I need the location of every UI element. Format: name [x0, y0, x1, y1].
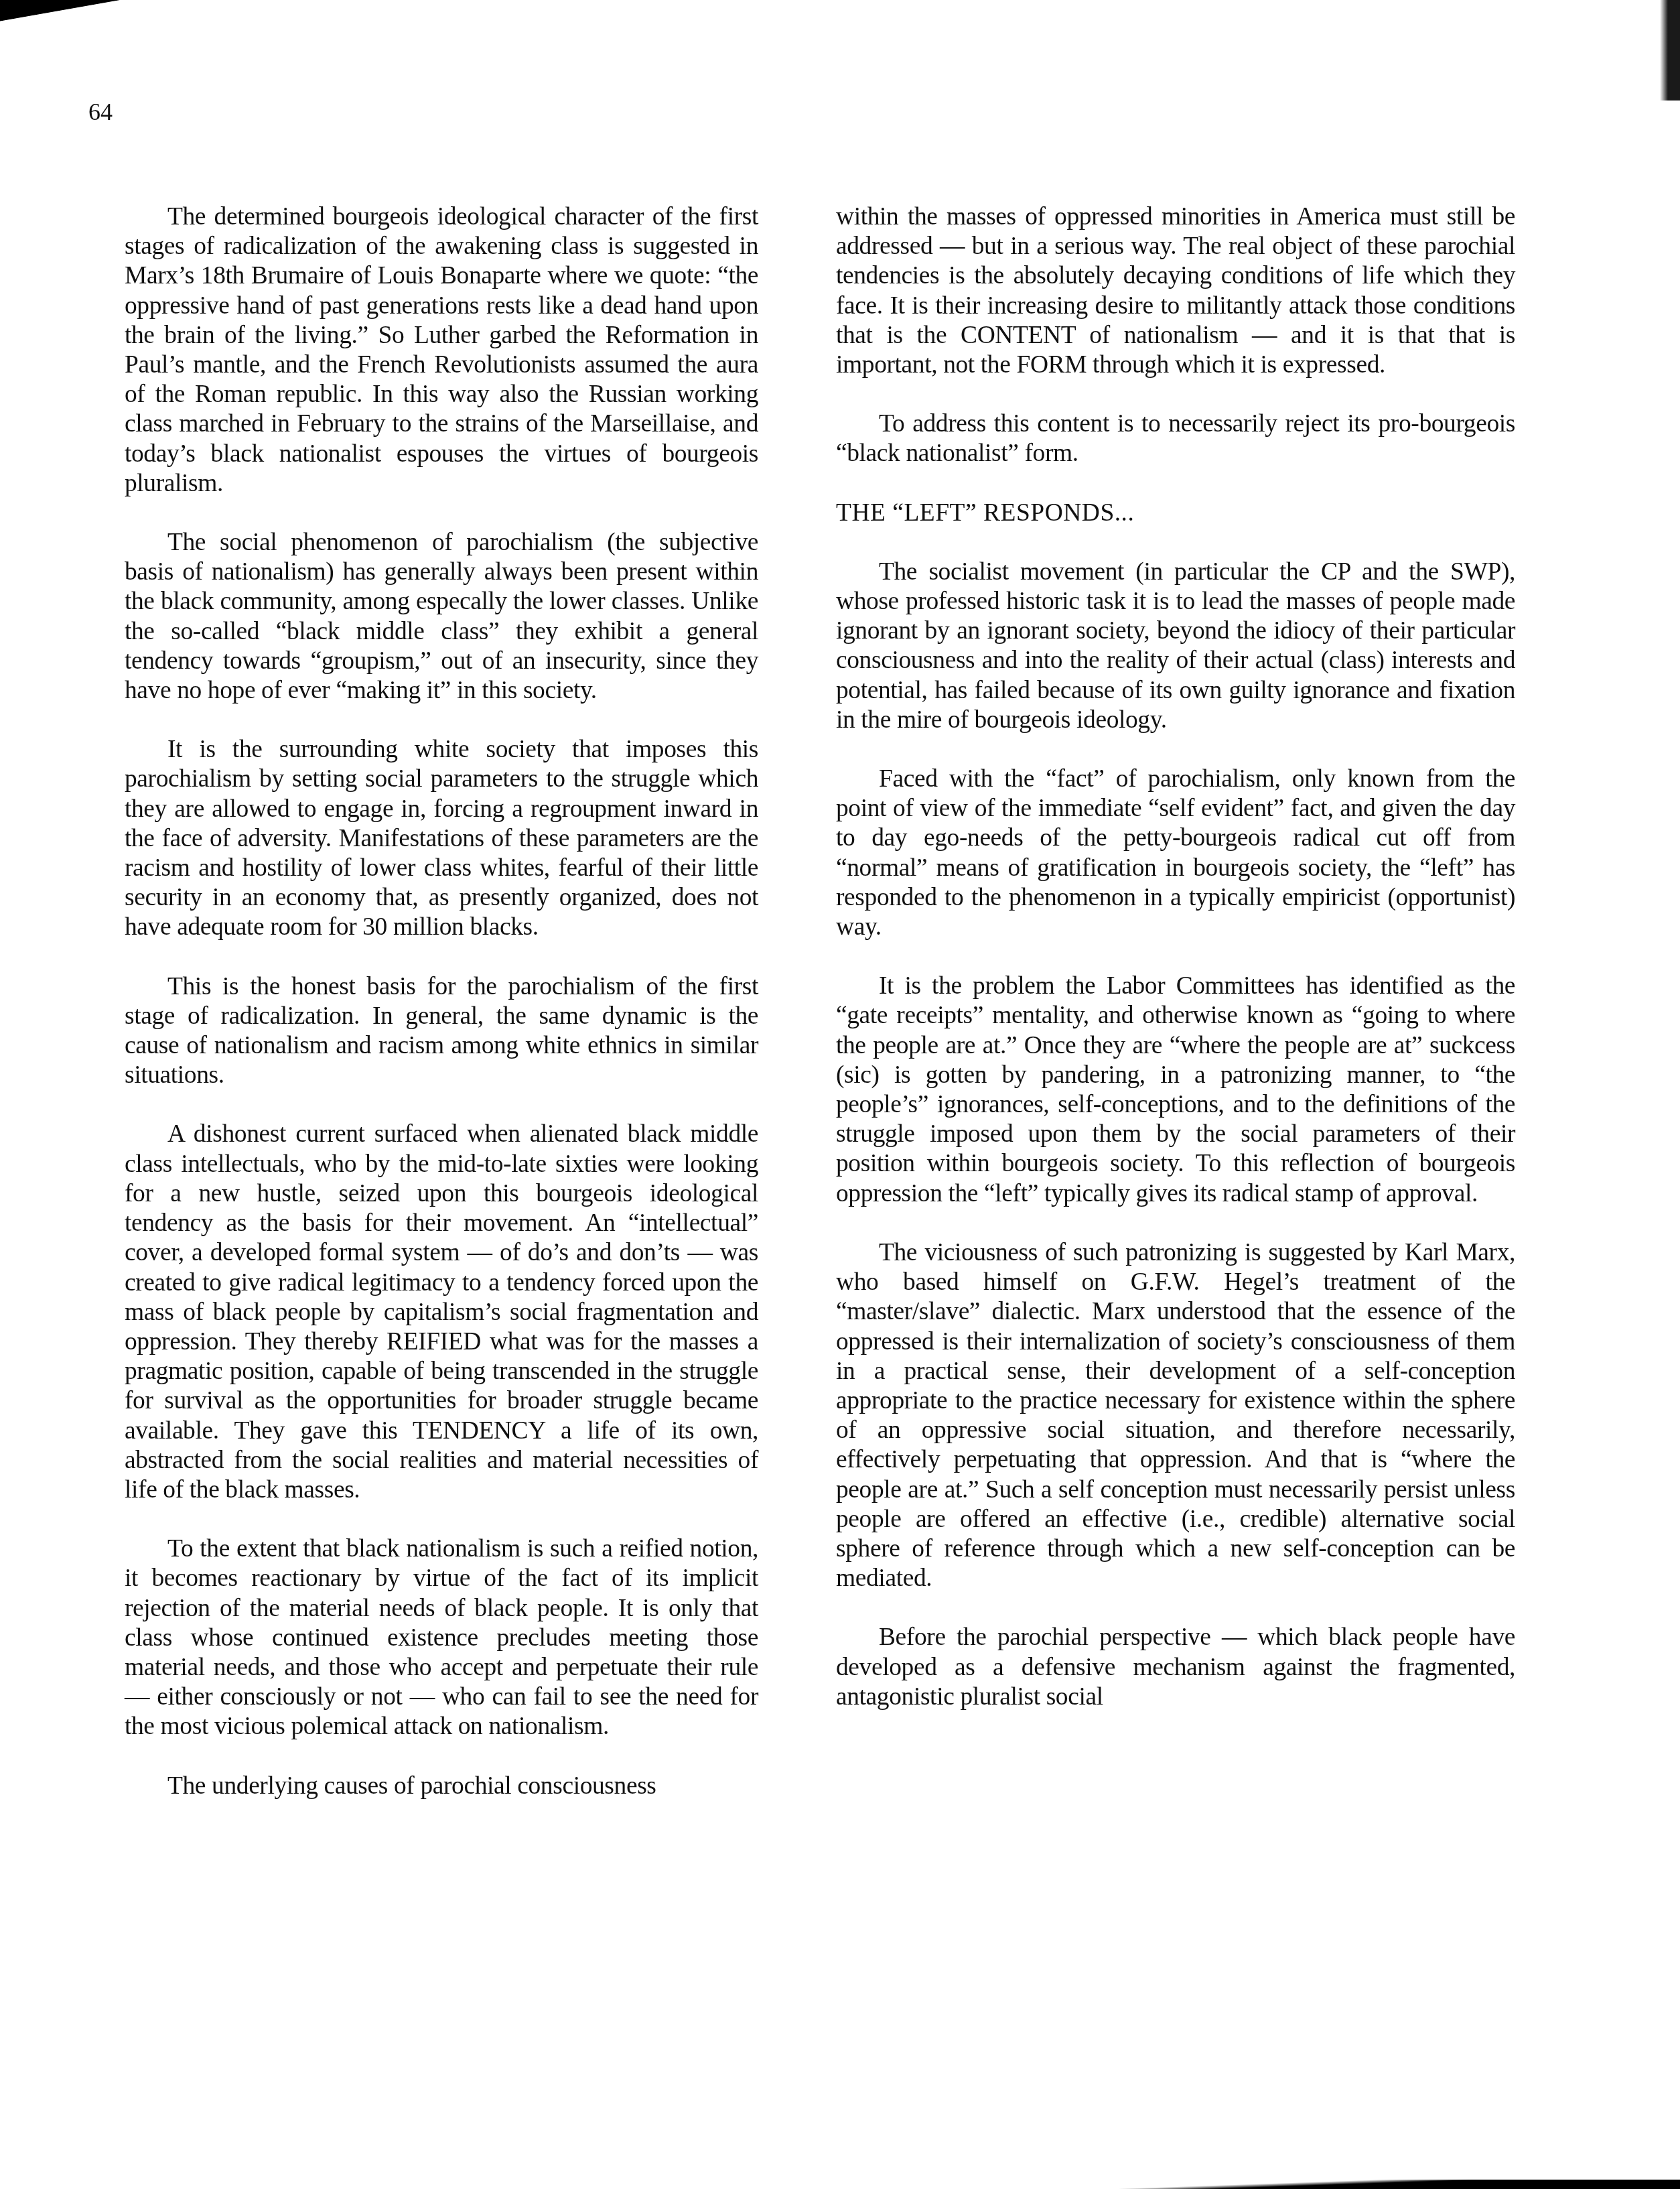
- scan-edge-shadow-bottom-right: [910, 2180, 1680, 2189]
- section-heading-left-responds: THE “LEFT” RESPONDS...: [836, 499, 1515, 528]
- paragraph-before-parochial: Before the parochial perspective — which…: [836, 1623, 1515, 1712]
- paragraph-bourgeois-character: The determined bourgeois ideological cha…: [125, 202, 758, 499]
- page-number: 64: [88, 98, 113, 126]
- right-column: within the masses of oppressed minoritie…: [836, 202, 1515, 1741]
- paragraph-faced-with-fact: Faced with the “fact” of parochialism, o…: [836, 765, 1515, 942]
- paragraph-socialist-movement: The socialist movement (in particular th…: [836, 557, 1515, 735]
- paragraph-reject-form: To address this content is to necessaril…: [836, 409, 1515, 468]
- paragraph-continuation: within the masses of oppressed minoritie…: [836, 202, 1515, 380]
- paragraph-honest-basis: This is the honest basis for the parochi…: [125, 972, 758, 1091]
- paragraph-parochialism-phenomenon: The social phenomenon of parochialism (t…: [125, 528, 758, 706]
- paragraph-dishonest-current: A dishonest current surfaced when aliena…: [125, 1120, 758, 1505]
- document-page: 64 The determined bourgeois ideological …: [0, 0, 1680, 2189]
- paragraph-white-society: It is the surrounding white society that…: [125, 735, 758, 942]
- left-column: The determined bourgeois ideological cha…: [125, 202, 758, 1831]
- paragraph-reified-notion: To the extent that black nationalism is …: [125, 1534, 758, 1741]
- scan-edge-shadow-top-left: [0, 0, 201, 24]
- scan-edge-shadow-top-right: [1660, 0, 1680, 101]
- paragraph-gate-receipts: It is the problem the Labor Committees h…: [836, 972, 1515, 1209]
- paragraph-underlying-causes: The underlying causes of parochial consc…: [125, 1772, 758, 1801]
- paragraph-viciousness: The viciousness of such patronizing is s…: [836, 1238, 1515, 1593]
